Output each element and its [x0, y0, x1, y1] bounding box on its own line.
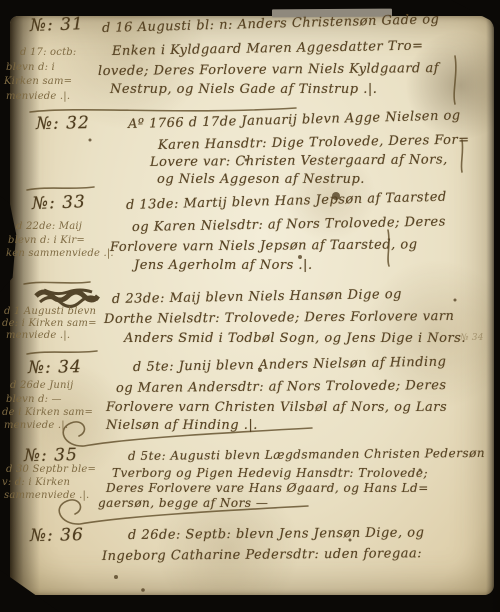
- entry-main-line: lovede; Deres Forlovere varn Niels Kyldg…: [98, 61, 439, 79]
- entry-margin-note-line: d 17: octb:: [20, 47, 76, 58]
- entry-margin-note-line: d 22de: Maij: [16, 221, 82, 232]
- entry-main-line: gaersøn, begge af Nors —: [98, 496, 268, 510]
- entry-main-line: Deres Forlovere vare Hans Øgaard, og Han…: [106, 481, 429, 495]
- register-page-photo: №: 31 d 16 Augusti bl: n: Anders Christe…: [0, 0, 500, 612]
- pen-stroke: [454, 56, 456, 104]
- entry-main-line: Forlovere varn Niels Jepsøn af Taarsted,…: [110, 237, 418, 255]
- entry-margin-note-line: d 26de Junij: [10, 380, 73, 391]
- divider-line: [30, 108, 296, 112]
- entry-number: №: 31: [30, 14, 85, 36]
- entry-main-line: d 26de: Septb: blevn Jens Jensøn Dige, o…: [128, 525, 425, 543]
- entry-margin-note-line: d 30 Septbr ble=: [6, 464, 96, 475]
- entry-main-line: Jens Agerholm af Nors .|.: [134, 258, 313, 273]
- entry-margin-note-line: blevn d: —: [6, 394, 62, 405]
- entry-margin-note-line: blevn d: i Kir=: [8, 235, 85, 246]
- entry-main-line: Lovere var: Christen Vestergaard af Nors…: [150, 152, 448, 170]
- entry-margin-note-line: d 1 Augusti blevn: [4, 306, 96, 317]
- entry-margin-note-line: ken sammenviede .|.: [6, 248, 114, 259]
- entry-margin-note-line: de: i Kirken sam=: [2, 318, 97, 329]
- entry-number: №: 33: [32, 192, 87, 214]
- entry-margin-note-line: menviede .|.: [6, 330, 70, 341]
- entry-main-line: Nestrup, og Niels Gade af Tinstrup .|.: [110, 82, 377, 97]
- entry-main-line: Forlovere varn Christen Vilsbøl af Nors,…: [106, 400, 447, 415]
- divider-line: [27, 351, 97, 354]
- entry-main-line: Dorthe Nielsdtr: Trolovede; Deres Forlov…: [104, 309, 455, 327]
- entry-main-line: Nielsøn af Hinding .|.: [106, 418, 258, 433]
- entry-main-line: Anders Smid i Todbøl Sogn, og Jens Dige …: [124, 331, 466, 346]
- divider-line: [24, 282, 90, 284]
- entry-number: №: 34: [28, 357, 82, 378]
- entry-right-note: № 34: [460, 333, 484, 343]
- entry-margin-note-line: v: d: i Kirken: [2, 477, 70, 488]
- entry-margin-note-line: sammenviede .|.: [4, 490, 89, 501]
- divider-line: [27, 187, 94, 190]
- entry-main-line: og Niels Aggeson af Nestrup.: [157, 172, 365, 187]
- entry-number: №: 32: [36, 113, 90, 134]
- entry-main-line: Ingeborg Catharine Pedersdtr: uden foreg…: [102, 546, 422, 564]
- entry-number: №: 36: [30, 525, 84, 546]
- crossed-out-number-scribble: [36, 290, 98, 307]
- entry-margin-note-line: de i Kirken sam=: [2, 407, 93, 418]
- entry-margin-note-line: Kirken sam=: [4, 76, 72, 87]
- entry-margin-note-line: menviede .|.: [6, 91, 70, 102]
- entry-number: №: 35: [24, 445, 78, 466]
- entry-margin-note-line: blevn d: i: [6, 62, 55, 73]
- entry-margin-note-line: menviede .|.: [4, 420, 68, 431]
- entry-main-line: og Maren Andersdtr: af Nors Trolovede; D…: [116, 378, 447, 396]
- entry-main-line: Tverborg og Pigen Hedevig Hansdtr: Trolo…: [112, 466, 428, 480]
